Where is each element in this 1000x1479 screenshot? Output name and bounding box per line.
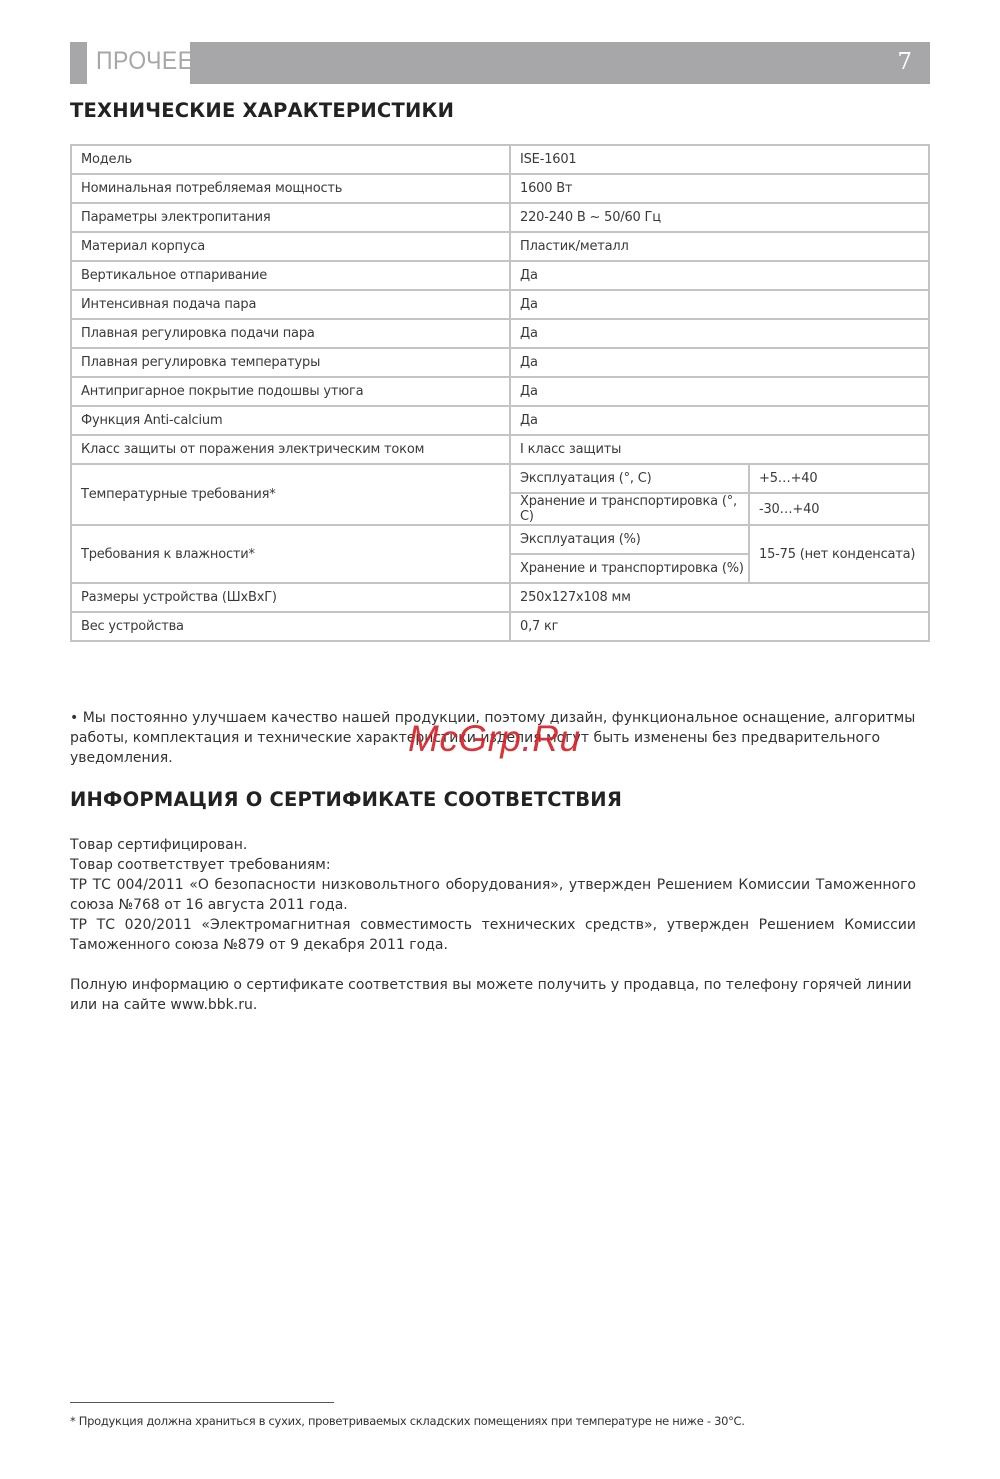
page-number: 7 (897, 49, 912, 75)
spec-value: 250x127x108 мм (510, 583, 929, 612)
spec-value: +5…+40 (749, 464, 929, 493)
spec-label: Вес устройства (71, 612, 510, 641)
table-row: Класс защиты от поражения электрическим … (71, 435, 929, 464)
spec-label: Антипригарное покрытие подошвы утюга (71, 377, 510, 406)
spec-value: 15-75 (нет конденсата) (749, 525, 929, 583)
spec-value: Да (510, 290, 929, 319)
certificate-standard: ТР ТС 020/2011 «Электромагнитная совмест… (70, 915, 916, 955)
table-row: Параметры электропитания220-240 В ~ 50/6… (71, 203, 929, 232)
spec-sublabel: Хранение и транспортировка (%) (510, 554, 749, 583)
table-row: Плавная регулировка подачи параДа (71, 319, 929, 348)
table-row: Вес устройства0,7 кг (71, 612, 929, 641)
certificate-title: ИНФОРМАЦИЯ О СЕРТИФИКАТЕ СООТВЕТСТВИЯ (70, 788, 622, 811)
specs-table: МодельISE-1601Номинальная потребляемая м… (70, 144, 930, 642)
spec-value: 1600 Вт (510, 174, 929, 203)
spec-label: Модель (71, 145, 510, 174)
spec-label: Материал корпуса (71, 232, 510, 261)
spec-value: Да (510, 319, 929, 348)
spec-label: Плавная регулировка температуры (71, 348, 510, 377)
spec-value: Пластик/металл (510, 232, 929, 261)
spec-label: Вертикальное отпаривание (71, 261, 510, 290)
spec-value: Да (510, 377, 929, 406)
page-header: ПРОЧЕЕ 7 (70, 42, 930, 84)
footnote: * Продукция должна храниться в сухих, пр… (70, 1414, 745, 1428)
spec-sublabel: Эксплуатация (%) (510, 525, 749, 554)
table-row: Функция Anti-calciumДа (71, 406, 929, 435)
spec-label: Номинальная потребляемая мощность (71, 174, 510, 203)
spec-value: 0,7 кг (510, 612, 929, 641)
certificate-info: Товар сертифицирован. Товар соответствуе… (70, 835, 916, 1015)
spec-value: -30…+40 (749, 493, 929, 525)
spec-value: ISE-1601 (510, 145, 929, 174)
spec-value: I класс защиты (510, 435, 929, 464)
spec-label: Требования к влажности* (71, 525, 510, 583)
certificate-contact: Полную информацию о сертификате соответс… (70, 975, 916, 1015)
header-bar (190, 42, 930, 84)
table-row: Материал корпусаПластик/металл (71, 232, 929, 261)
table-row: Температурные требования*Эксплуатация (°… (71, 464, 929, 493)
table-row: Размеры устройства (ШхВхГ)250x127x108 мм (71, 583, 929, 612)
spec-label: Температурные требования* (71, 464, 510, 525)
certificate-line: Товар сертифицирован. (70, 835, 916, 855)
spec-sublabel: Эксплуатация (°, С) (510, 464, 749, 493)
spec-label: Размеры устройства (ШхВхГ) (71, 583, 510, 612)
spec-value: Да (510, 348, 929, 377)
table-row: Антипригарное покрытие подошвы утюгаДа (71, 377, 929, 406)
table-row: Интенсивная подача параДа (71, 290, 929, 319)
table-row: МодельISE-1601 (71, 145, 929, 174)
table-row: Плавная регулировка температурыДа (71, 348, 929, 377)
footnote-divider (70, 1402, 334, 1403)
spec-sublabel: Хранение и транспортировка (°, С) (510, 493, 749, 525)
table-row: Вертикальное отпариваниеДа (71, 261, 929, 290)
spec-label: Функция Anti-calcium (71, 406, 510, 435)
table-row: Номинальная потребляемая мощность1600 Вт (71, 174, 929, 203)
spec-value: Да (510, 406, 929, 435)
certificate-line: Товар соответствует требованиям: (70, 855, 916, 875)
header-tab-marker (70, 42, 87, 84)
watermark: McGrp.Ru (408, 718, 581, 760)
spec-value: Да (510, 261, 929, 290)
spec-label: Класс защиты от поражения электрическим … (71, 435, 510, 464)
section-name: ПРОЧЕЕ (96, 47, 194, 76)
certificate-standard: ТР ТС 004/2011 «О безопасности низковоль… (70, 875, 916, 915)
spec-label: Интенсивная подача пара (71, 290, 510, 319)
table-row: Требования к влажности*Эксплуатация (%)1… (71, 525, 929, 554)
spec-label: Параметры электропитания (71, 203, 510, 232)
spec-label: Плавная регулировка подачи пара (71, 319, 510, 348)
specs-title: ТЕХНИЧЕСКИЕ ХАРАКТЕРИСТИКИ (70, 99, 454, 122)
spec-value: 220-240 В ~ 50/60 Гц (510, 203, 929, 232)
